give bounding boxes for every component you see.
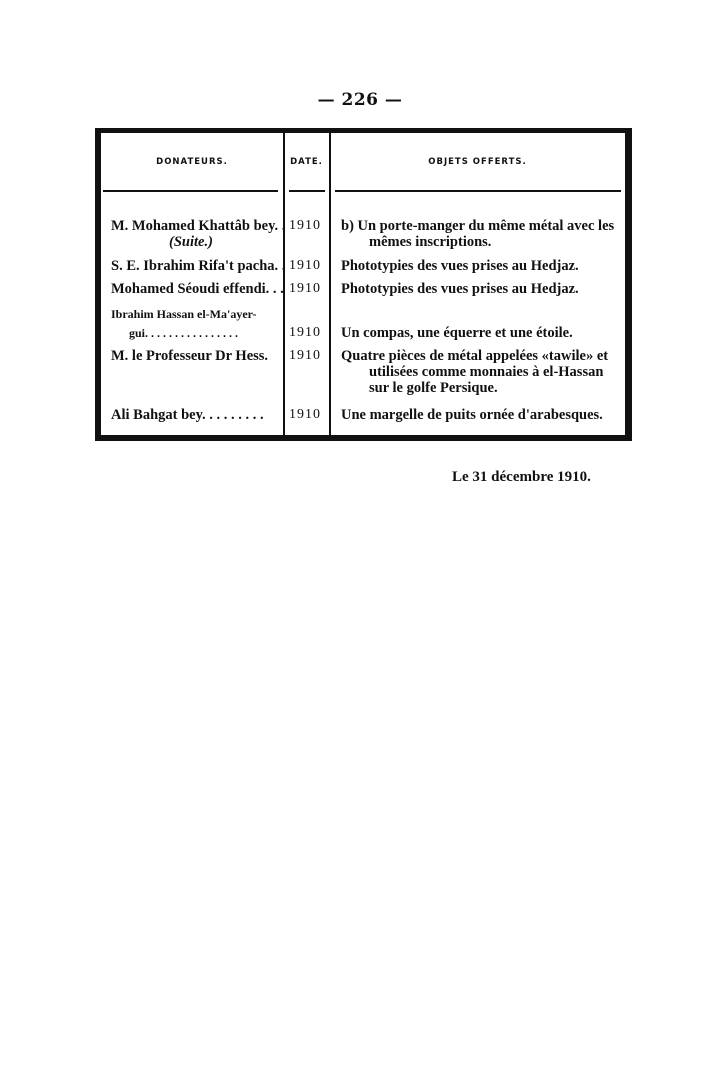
object-cell: Une margelle de puits ornée d'arabesques… xyxy=(341,407,603,423)
closing-date-line: Le 31 décembre 1910. xyxy=(452,469,591,486)
donations-table: DONATEURS. DATE. OBJETS OFFERTS. M. Moha… xyxy=(95,128,632,441)
object-cell: Un compas, une équerre et une étoile. xyxy=(341,325,573,341)
page-number: — 226 — xyxy=(0,90,720,110)
date-cell: 1910 xyxy=(289,325,321,341)
donor-cell: Mohamed Séoudi effendi. . . xyxy=(111,281,284,297)
date-cell: 1910 xyxy=(289,348,321,364)
header-donors: DONATEURS. xyxy=(101,133,283,190)
date-cell: 1910 xyxy=(289,407,321,423)
object-cell: Phototypies des vues prises au Hedjaz. xyxy=(341,258,579,274)
donor-cell: Ibrahim Hassan el-Ma'ayer- gui. . . . . … xyxy=(111,306,257,341)
donor-cell: M. le Professeur Dr Hess. xyxy=(111,348,268,364)
header-rule-objects xyxy=(335,190,621,192)
donor-cell: M. Mohamed Khattâb bey. . (Suite.) xyxy=(111,218,285,250)
header-rule-donors xyxy=(103,190,278,192)
date-cell: 1910 xyxy=(289,258,321,274)
donor-cell: S. E. Ibrahim Rifa't pacha. . xyxy=(111,258,285,274)
object-cell: b) Un porte-manger du même métal avec le… xyxy=(341,218,614,250)
header-rule-date xyxy=(289,190,325,192)
header-date: DATE. xyxy=(284,133,329,190)
donor-cell: Ali Bahgat bey. . . . . . . . . xyxy=(111,407,264,423)
object-cell: Phototypies des vues prises au Hedjaz. xyxy=(341,281,579,297)
date-cell: 1910 xyxy=(289,218,321,234)
date-cell: 1910 xyxy=(289,281,321,297)
header-objects: OBJETS OFFERTS. xyxy=(330,133,625,190)
object-cell: Quatre pièces de métal appelées «tawile»… xyxy=(341,348,608,396)
